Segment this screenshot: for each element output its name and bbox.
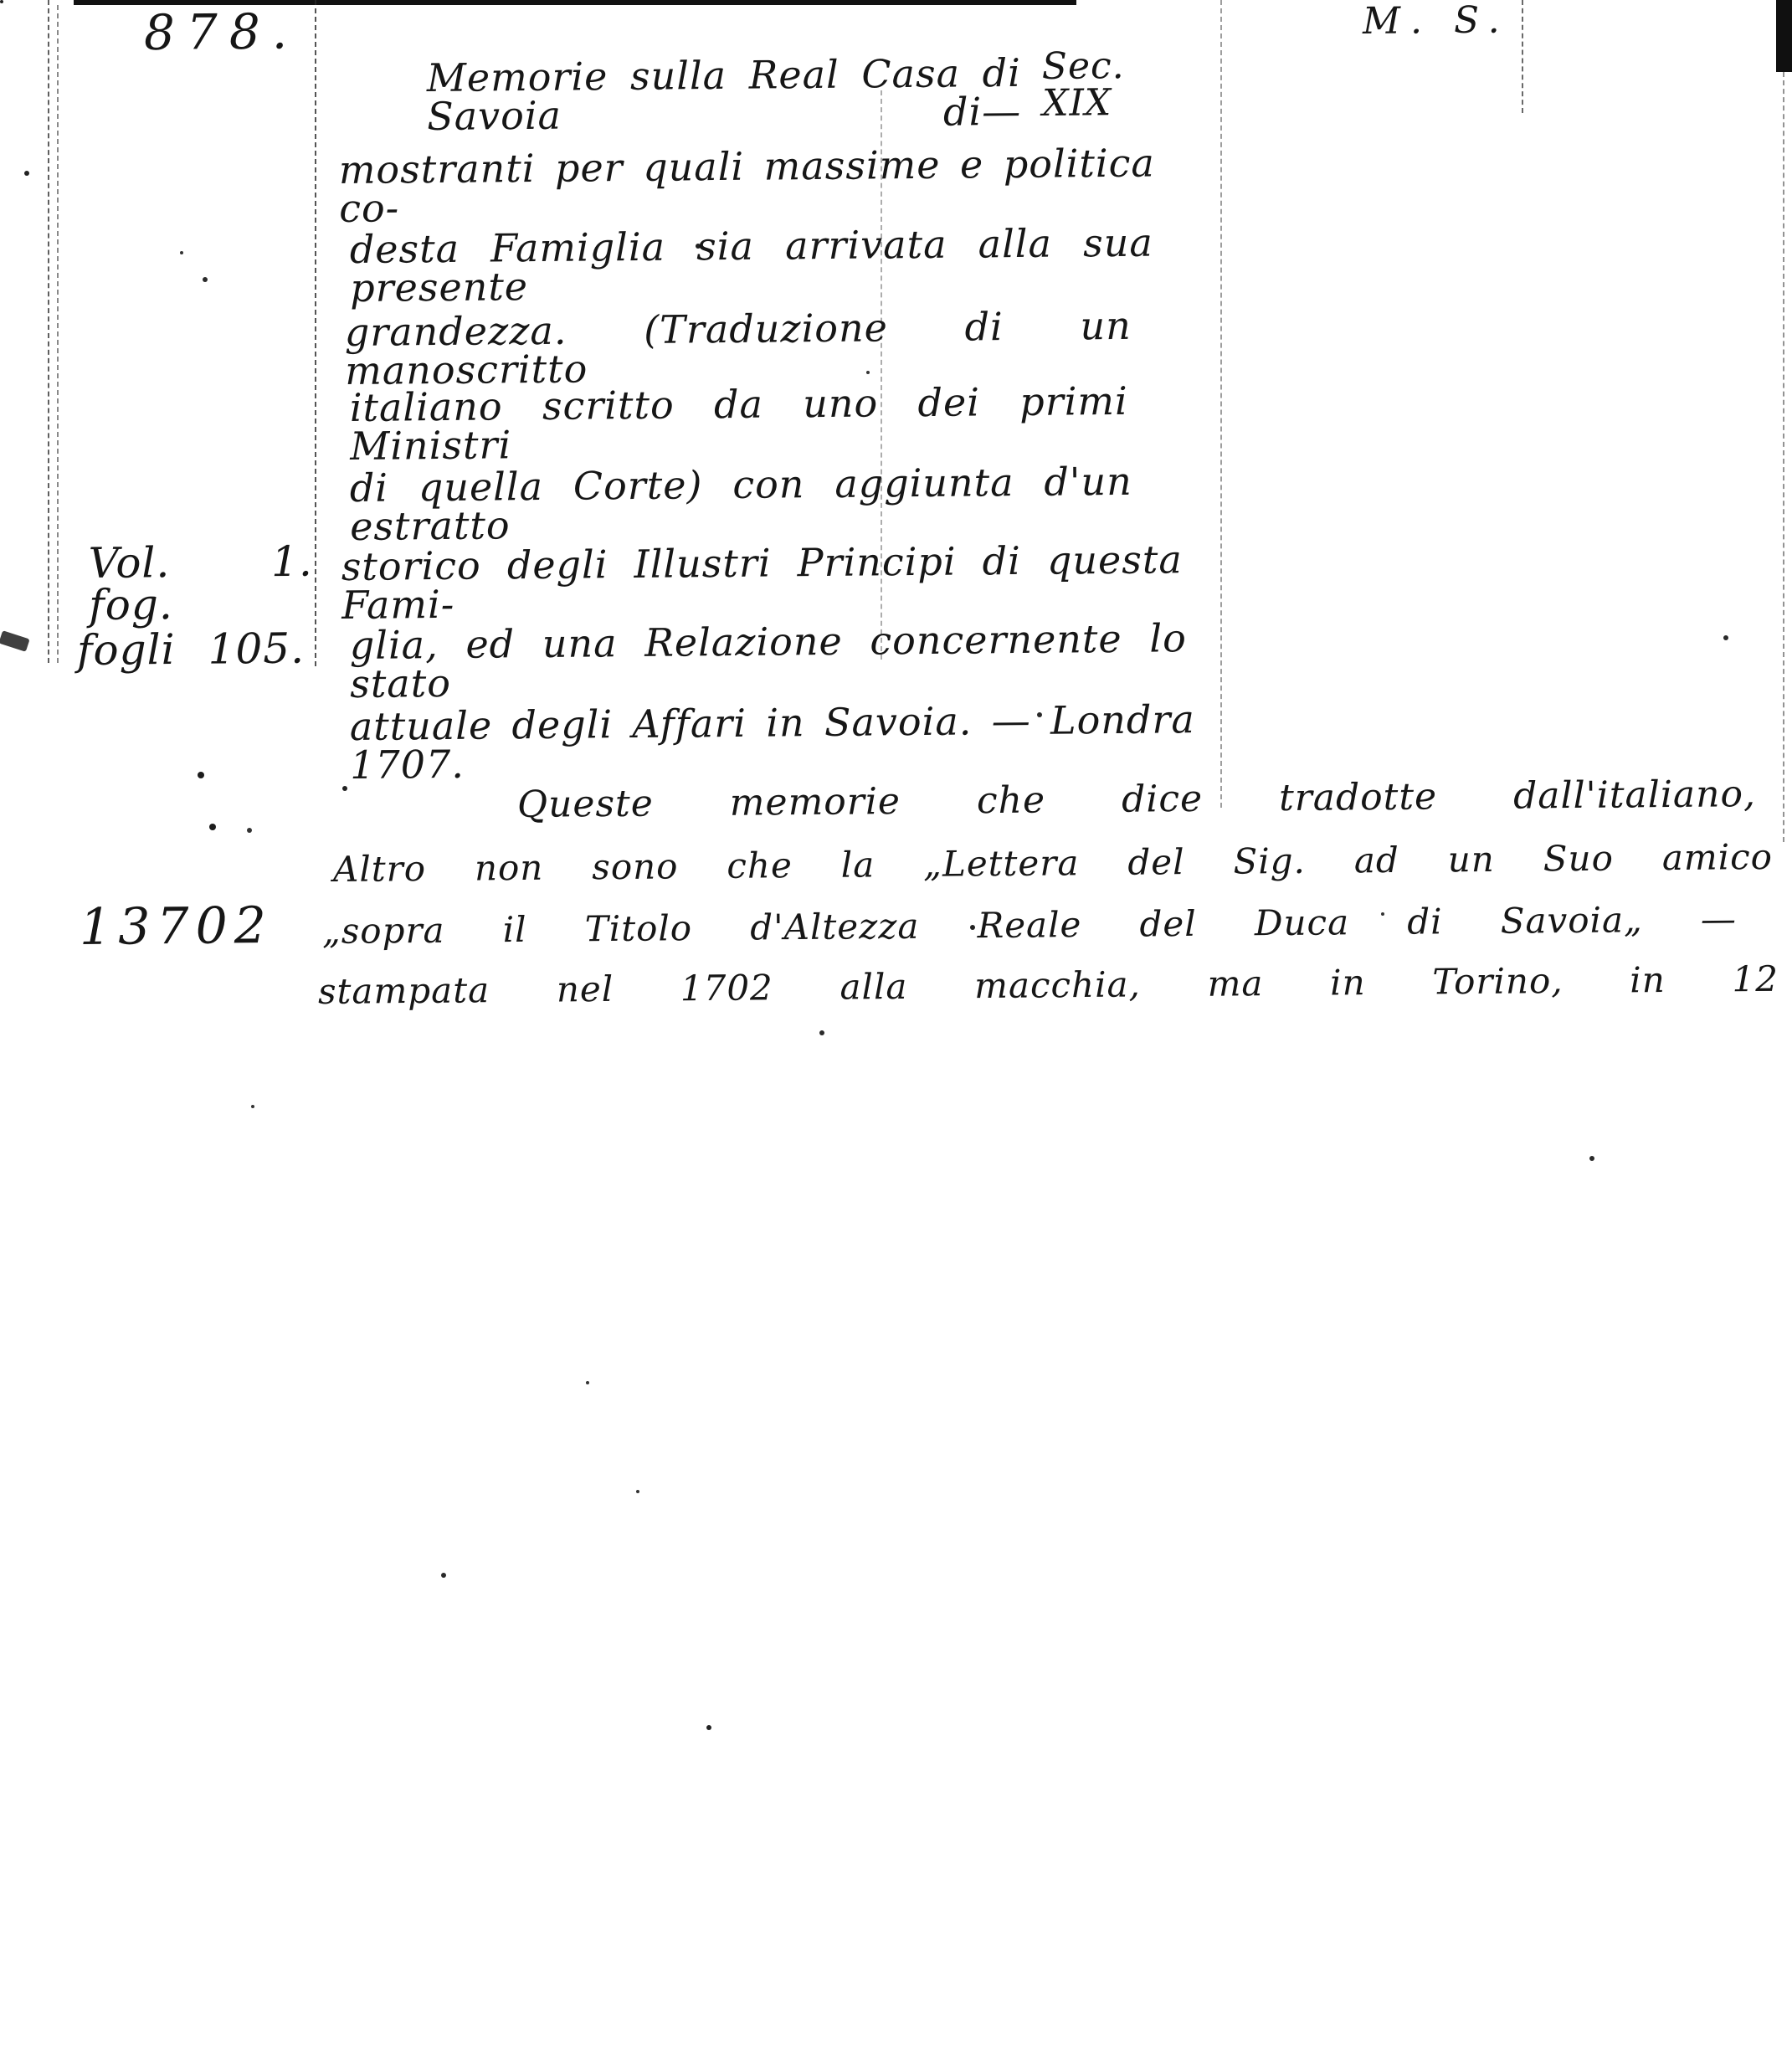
right-column-rule (1220, 0, 1222, 808)
entry-note-line: Altro non sono che la „Lettera del Sig. … (333, 840, 1773, 887)
entry-note-line: Queste memorie che dice tradotte dall'it… (517, 776, 1756, 824)
entry-note-line: stampata nel 1702 alla macchia, ma in To… (318, 962, 1779, 1009)
entry-number: 878. (144, 7, 300, 57)
left-margin-rule-inner (57, 5, 59, 663)
left-margin-rule-outer (48, 0, 49, 663)
manuscript-mark: M. S. (1363, 2, 1510, 40)
entry-title-line: italiano scritto da uno dei primi Minist… (350, 382, 1129, 465)
margin-shelfmark: 13702 (80, 901, 273, 953)
entry-title-line: di quella Corte) con aggiunta d'un estra… (350, 462, 1133, 546)
entry-title-line: grandezza. (Traduzione di un manoscritto (345, 306, 1132, 390)
right-edge-ink-blob (1776, 0, 1792, 72)
manuscript-catalog-page: 878. M. S. Sec. XIX Vol. 1. fog. fogli 1… (0, 0, 1792, 2049)
entry-note-line: „sopra il Titolo d'Altezza Reale del Duc… (322, 901, 1737, 949)
right-edge-rule (1783, 72, 1784, 842)
entry-title-line: desta Famiglia sia arrivata alla sua pre… (350, 223, 1154, 307)
entry-title-line: attuale degli Affari in Savoia. — Londra… (350, 700, 1196, 784)
century-note: Sec. XIX (1042, 48, 1168, 122)
header-column-rule (1522, 0, 1523, 113)
entry-title-line: glia, ed una Relazione concernente lo st… (350, 619, 1188, 703)
ink-smudge (0, 630, 30, 652)
entry-title-line: Memorie sulla Real Casa di Savoia di— (427, 54, 1022, 136)
scan-noise (0, 0, 3, 3)
margin-folios-note: fogli 105. (77, 628, 305, 671)
margin-volume-note: Vol. 1. fog. (89, 541, 314, 626)
entry-title-line: mostranti per quali massime e politica c… (339, 143, 1156, 228)
entry-title-line: storico degli Illustri Principi di quest… (341, 540, 1184, 624)
margin-column-rule (315, 0, 316, 666)
